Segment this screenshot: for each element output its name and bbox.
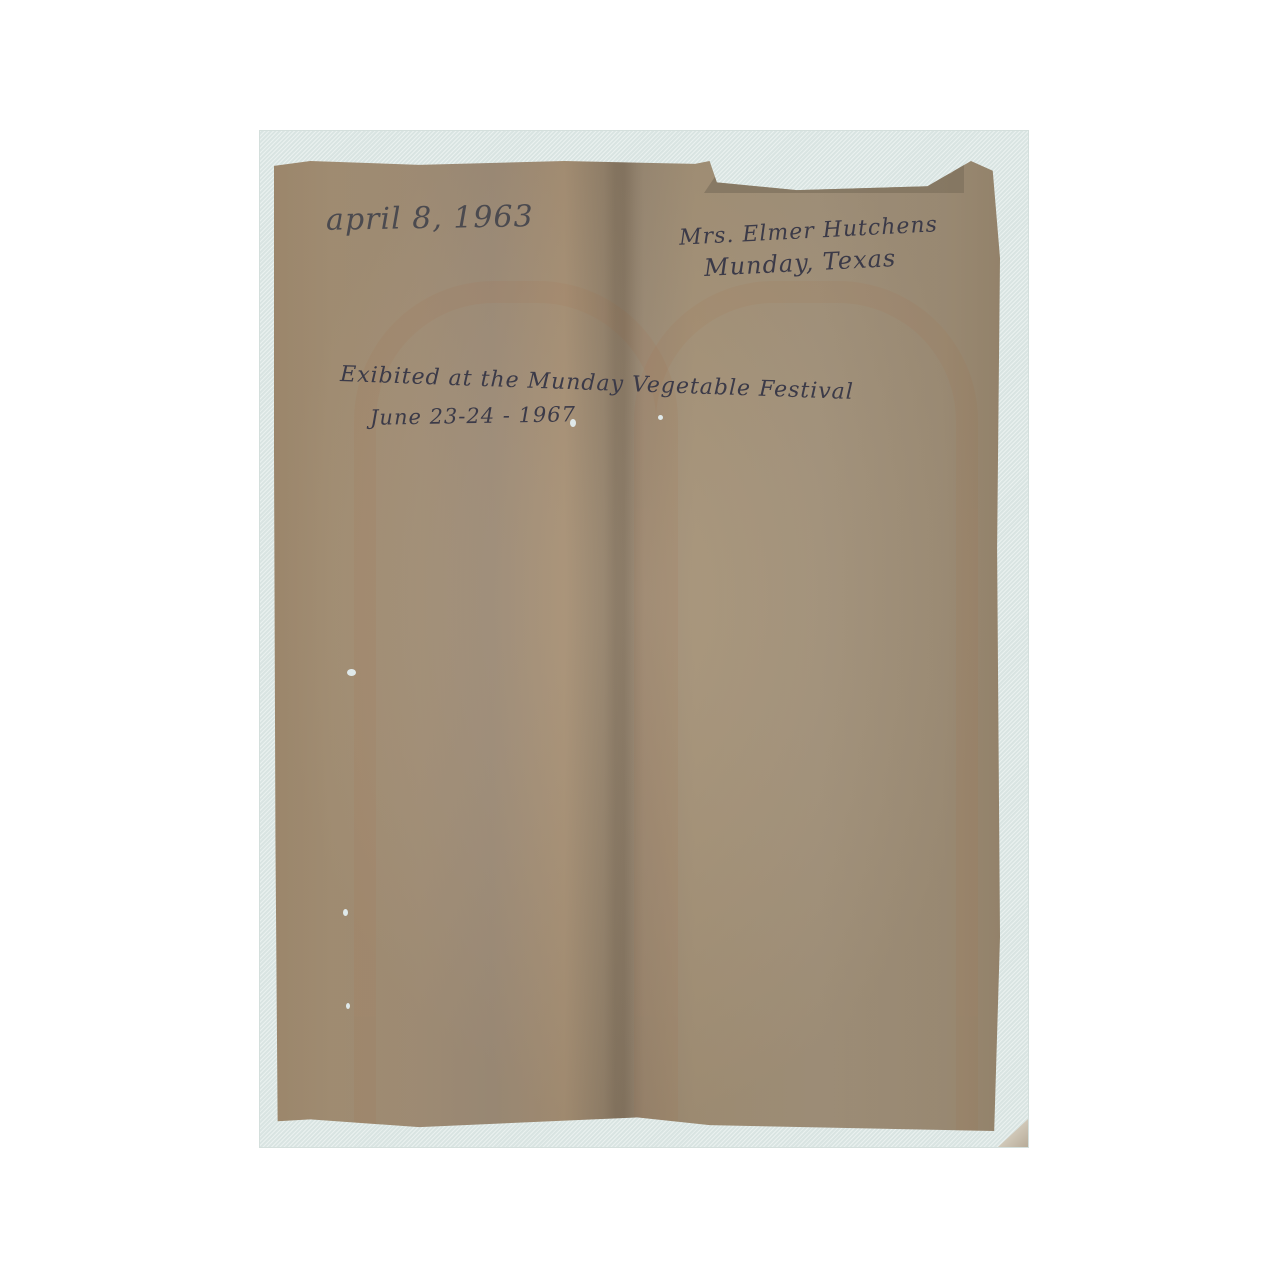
inscription-owner-location: Munday, Texas (703, 244, 896, 282)
inscription-owner-name: Mrs. Elmer Hutchens (679, 212, 939, 251)
paint-fleck (658, 415, 663, 420)
backing-board: april 8, 1963 Mrs. Elmer Hutchens Munday… (260, 131, 1028, 1147)
inscription-date: april 8, 1963 (326, 199, 534, 238)
paint-fleck (347, 669, 356, 676)
paint-fleck (346, 1003, 350, 1009)
paint-fleck (343, 909, 348, 916)
kraft-paper-backing: april 8, 1963 Mrs. Elmer Hutchens Munday… (274, 161, 1000, 1131)
water-stain-right (634, 281, 978, 1203)
photo-scene: april 8, 1963 Mrs. Elmer Hutchens Munday… (0, 0, 1280, 1280)
inscription-exhibit-date: June 23-24 - 1967 (370, 402, 576, 430)
torn-paper-area (704, 161, 964, 193)
frame-corner-tab (998, 1119, 1028, 1147)
paper-fold-shadow (604, 161, 644, 1131)
paint-fleck (570, 419, 576, 427)
